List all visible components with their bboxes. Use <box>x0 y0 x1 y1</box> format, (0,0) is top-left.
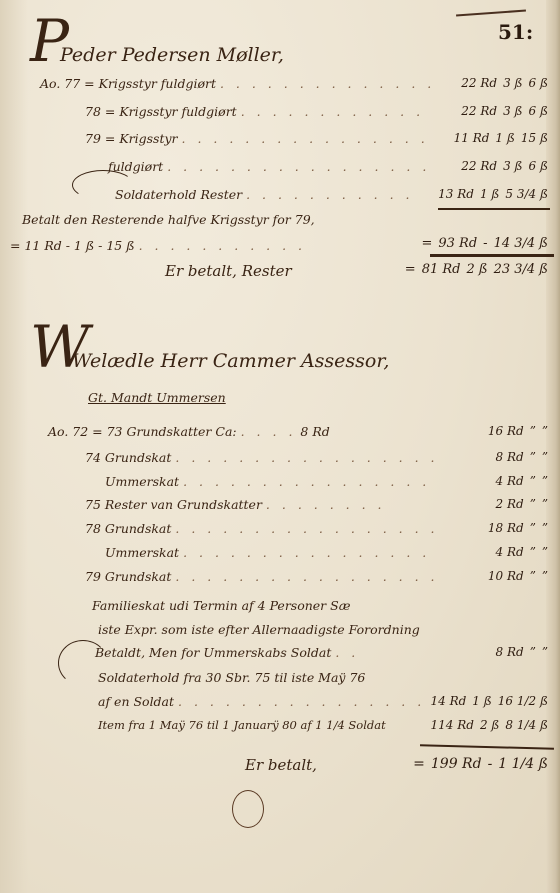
section2-note-line-2: iste Expr. som iste efter Allernaadigste… <box>98 622 420 637</box>
section2-amount-7: 10 Rd”” <box>420 569 548 583</box>
page-left-shadow <box>0 0 28 893</box>
section1-remainder: =81 Rd2 ß23 3/4 ß <box>420 262 548 277</box>
section2-note-amount-1: 8 Rd”” <box>420 645 548 659</box>
section2-entry-3: Ummerskat . . . . . . . . . . . . . . . … <box>105 474 430 489</box>
section1-entry-2: 78 = Krigsstyr fuldgiørt . . . . . . . .… <box>85 104 424 119</box>
section2-entry-6: Ummerskat . . . . . . . . . . . . . . . … <box>105 545 430 560</box>
section2-entry-1: Ao. 72 = 73 Grundskatter Ca: . . . . 8 R… <box>48 424 330 439</box>
section1-amount-2: 22 Rd3 ß6 ß <box>420 104 548 118</box>
section2-note-line-6: Item fra 1 Maÿ 76 til 1 Januarÿ 80 af 1 … <box>98 718 386 732</box>
section1-paid-note: Betalt den Resterende halfve Krigsstyr f… <box>22 212 315 227</box>
section2-subheading: Gt. Mandt Ummersen <box>88 390 226 405</box>
manuscript-page: 51: P Peder Pedersen Møller, Ao. 77 = Kr… <box>0 0 560 893</box>
section2-amount-4: 2 Rd”” <box>420 497 548 511</box>
signature-loop <box>232 790 264 828</box>
section1-entry-4: fuldgiørt . . . . . . . . . . . . . . . … <box>108 159 430 174</box>
section1-amount-4: 22 Rd3 ß6 ß <box>420 159 548 173</box>
section1-entry-5: Soldaterhold Rester . . . . . . . . . . … <box>115 187 414 202</box>
section2-amount-2: 8 Rd”” <box>420 450 548 464</box>
section1-amount-3: 11 Rd1 ß15 ß <box>420 131 548 145</box>
section2-amount-1: 16 Rd”” <box>420 424 548 438</box>
section2-amount-6: 4 Rd”” <box>420 545 548 559</box>
section1-total: =93 Rd-14 3/4 ß <box>420 236 548 251</box>
page-number: 51: <box>498 20 533 44</box>
section2-amount-3: 4 Rd”” <box>420 474 548 488</box>
section2-note-amount-3: 114 Rd2 ß8 1/4 ß <box>420 718 548 732</box>
section2-note-line-3: Betaldt, Men for Ummerskabs Soldat . . <box>95 645 359 660</box>
section2-total-label: Er betalt, <box>245 756 317 774</box>
section2-entry-5: 78 Grundskat . . . . . . . . . . . . . .… <box>85 521 439 536</box>
section2-note-line-1: Familieskat udi Termin af 4 Personer Sæ <box>92 598 350 613</box>
section1-entry-3: 79 = Krigsstyr . . . . . . . . . . . . .… <box>85 131 429 146</box>
section1-amount-1: 22 Rd3 ß6 ß <box>420 76 548 90</box>
section1-sum-rule <box>438 208 550 210</box>
section2-total: =199 Rd-1 1/4 ß <box>420 756 548 772</box>
section2-note-line-4: Soldaterhold fra 30 Sbr. 75 til iste Maÿ… <box>98 670 365 685</box>
section1-heading: Peder Pedersen Møller, <box>60 44 284 66</box>
section2-note-line-5: af en Soldat . . . . . . . . . . . . . .… <box>98 694 425 709</box>
section1-total-rule <box>430 254 554 257</box>
section2-entry-7: 79 Grundskat . . . . . . . . . . . . . .… <box>85 569 439 584</box>
section2-note-amount-2: 14 Rd1 ß16 1/2 ß <box>420 694 548 708</box>
section1-entry-1: Ao. 77 = Krigsstyr fuldgiørt . . . . . .… <box>40 76 435 91</box>
section2-amount-5: 18 Rd”” <box>420 521 548 535</box>
section2-entry-4: 75 Rester van Grundskatter . . . . . . .… <box>85 497 386 512</box>
section2-entry-2: 74 Grundskat . . . . . . . . . . . . . .… <box>85 450 439 465</box>
section1-amount-5: 13 Rd1 ß5 3/4 ß <box>420 187 548 201</box>
section1-remainder-label: Er betalt, Rester <box>165 262 292 280</box>
page-number-stroke <box>456 10 526 17</box>
page-gutter <box>546 0 560 893</box>
section2-heading: Welædle Herr Cammer Assessor, <box>72 350 389 372</box>
section1-paid-amount: = 11 Rd - 1 ß - 15 ß . . . . . . . . . .… <box>10 238 306 253</box>
section2-sum-rule <box>420 744 554 749</box>
